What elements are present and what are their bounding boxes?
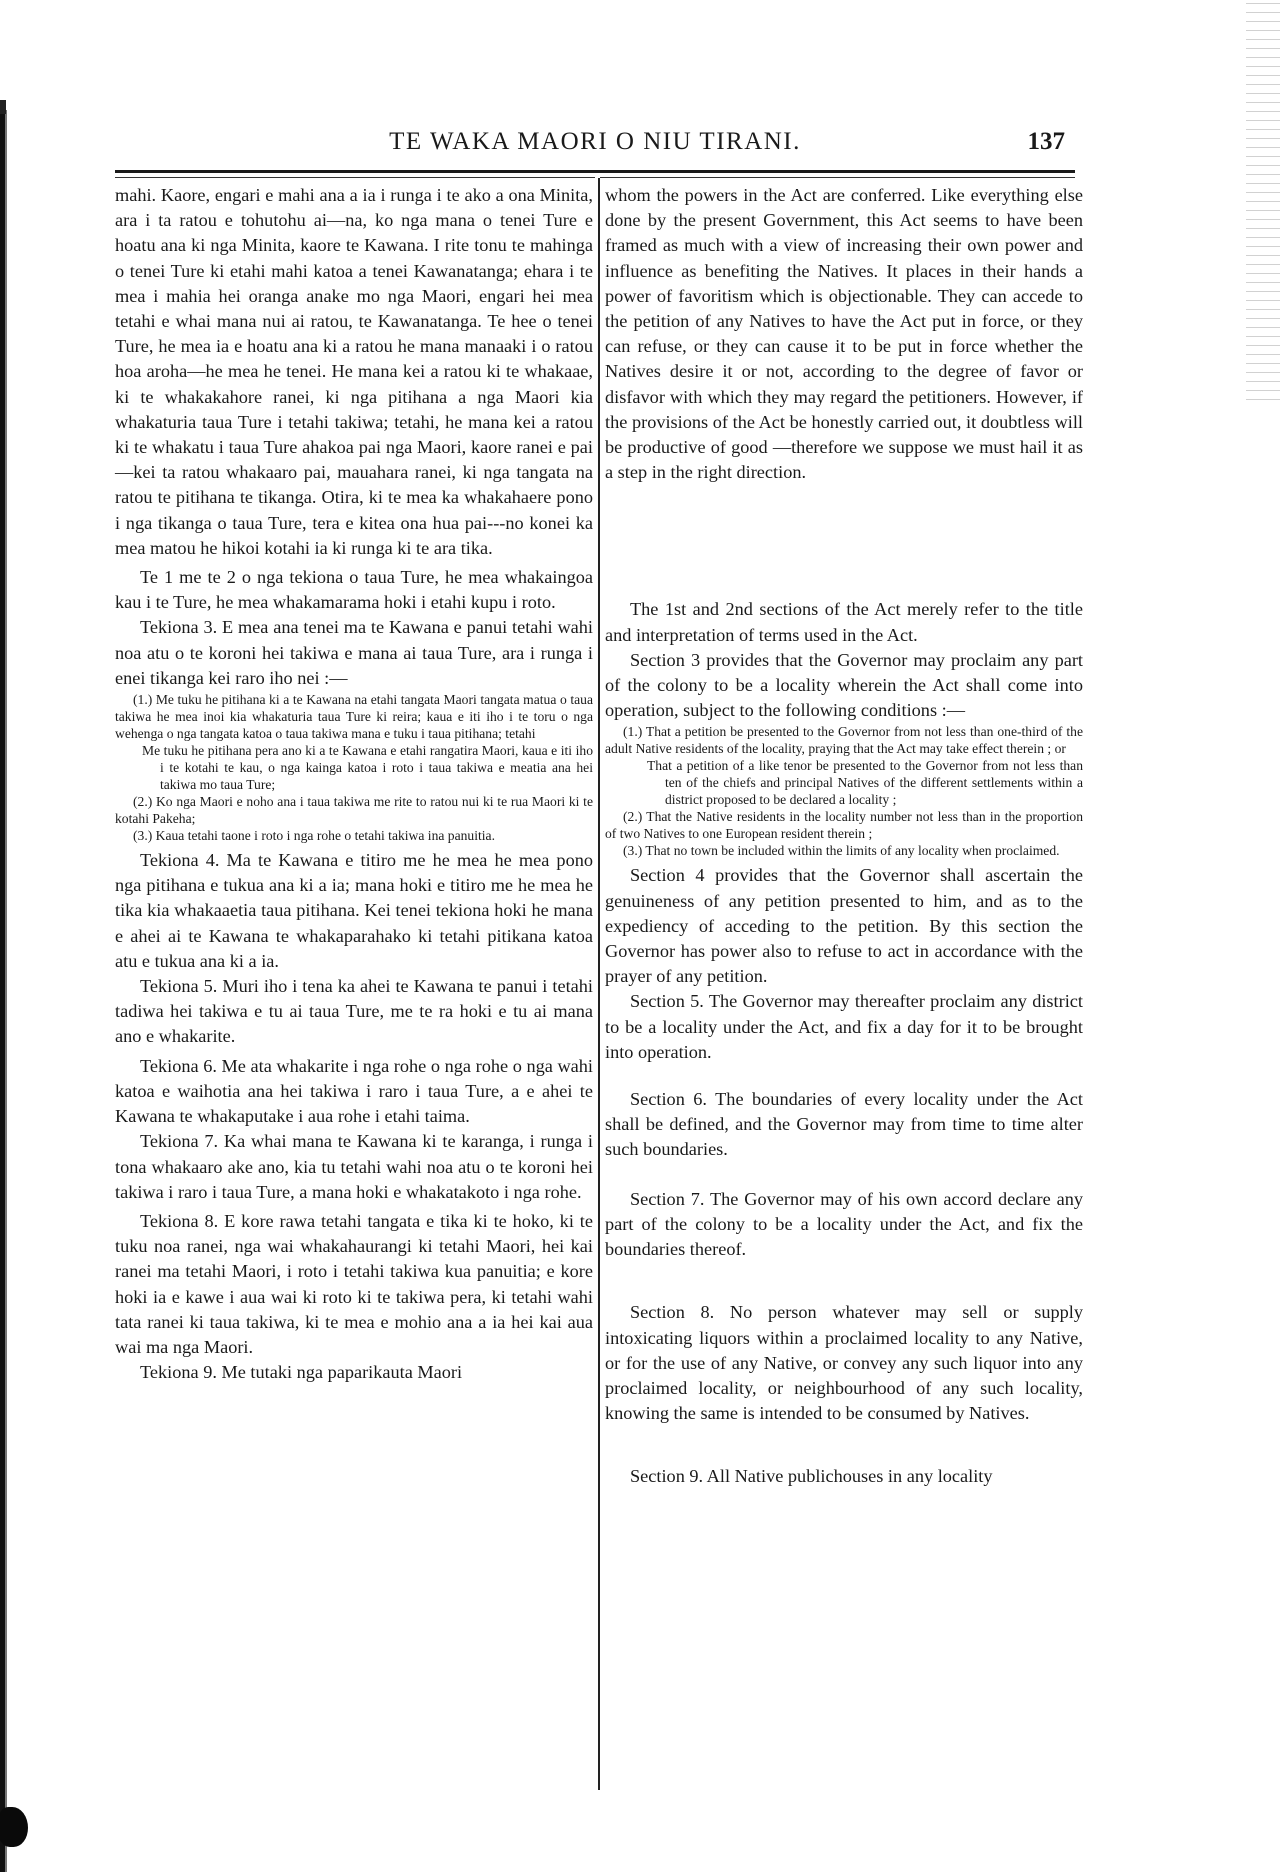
- right-column-rule: [600, 177, 1075, 178]
- page-number: 137: [1028, 128, 1066, 156]
- section-paragraph: Section 9. All Native publichouses in an…: [605, 1464, 1083, 1489]
- condition-item: (3.) That no town be included within the…: [605, 842, 1083, 859]
- binding-mark: [0, 100, 6, 114]
- condition-item: (3.) Kaua tetahi taone i roto i nga rohe…: [115, 827, 593, 844]
- condition-item: (2.) Ko nga Maori e noho ana i taua taki…: [115, 793, 593, 827]
- section-paragraph: Section 8. No person whatever may sell o…: [605, 1300, 1083, 1426]
- intro-paragraph: whom the powers in the Act are conferred…: [605, 183, 1083, 485]
- page-binding-edge: [0, 110, 7, 1872]
- section-paragraph: Tekiona 8. E kore rawa tetahi tangata e …: [115, 1209, 593, 1360]
- paragraph: mahi. Kaore, engari e mahi ana a ia i ru…: [115, 183, 593, 561]
- newspaper-title: TE WAKA MAORI O NIU TIRANI.: [115, 128, 1075, 156]
- page-header: TE WAKA MAORI O NIU TIRANI. 137: [115, 128, 1075, 168]
- section-paragraph: Section 6. The boundaries of every local…: [605, 1087, 1083, 1163]
- condition-item: (2.) That the Native residents in the lo…: [605, 808, 1083, 842]
- column-divider: [598, 178, 600, 1790]
- paragraph: The 1st and 2nd sections of the Act mere…: [605, 597, 1083, 647]
- condition-item: (1.) Me tuku he pitihana ki a te Kawana …: [115, 691, 593, 742]
- section-paragraph: Tekiona 7. Ka whai mana te Kawana ki te …: [115, 1129, 593, 1205]
- section-paragraph: Tekiona 6. Me ata whakarite i nga rohe o…: [115, 1054, 593, 1130]
- header-rule: [115, 170, 1075, 173]
- left-column-rule: [115, 177, 595, 178]
- maori-column: mahi. Kaore, engari e mahi ana a ia i ru…: [115, 183, 593, 1385]
- condition-item: (1.) That a petition be presented to the…: [605, 723, 1083, 757]
- spacer: [605, 1065, 1083, 1087]
- spacer: [605, 1262, 1083, 1300]
- section-paragraph: Tekiona 5. Muri iho i tena ka ahei te Ka…: [115, 974, 593, 1050]
- section-paragraph: Tekiona 4. Ma te Kawana e titiro me he m…: [115, 848, 593, 974]
- page-edge-scan-noise: [1246, 0, 1280, 400]
- english-column: whom the powers in the Act are conferred…: [605, 183, 1083, 1490]
- section-paragraph: Section 5. The Governor may thereafter p…: [605, 989, 1083, 1065]
- condition-item: Me tuku he pitihana pera ano ki a te Kaw…: [115, 742, 593, 793]
- spacer: [605, 1163, 1083, 1187]
- condition-item: That a petition of a like tenor be prese…: [605, 757, 1083, 808]
- section-paragraph: Tekiona 9. Me tutaki nga paparikauta Mao…: [115, 1360, 593, 1385]
- paragraph: Tekiona 3. E mea ana tenei ma te Kawana …: [115, 615, 593, 691]
- section-paragraph: Section 4 provides that the Governor sha…: [605, 863, 1083, 989]
- section-paragraph: Section 7. The Governor may of his own a…: [605, 1187, 1083, 1263]
- paragraph: Section 3 provides that the Governor may…: [605, 648, 1083, 724]
- spacer: [605, 1426, 1083, 1464]
- binding-stain: [0, 1807, 28, 1847]
- spacer: [605, 485, 1083, 597]
- paragraph: Te 1 me te 2 o nga tekiona o taua Ture, …: [115, 565, 593, 615]
